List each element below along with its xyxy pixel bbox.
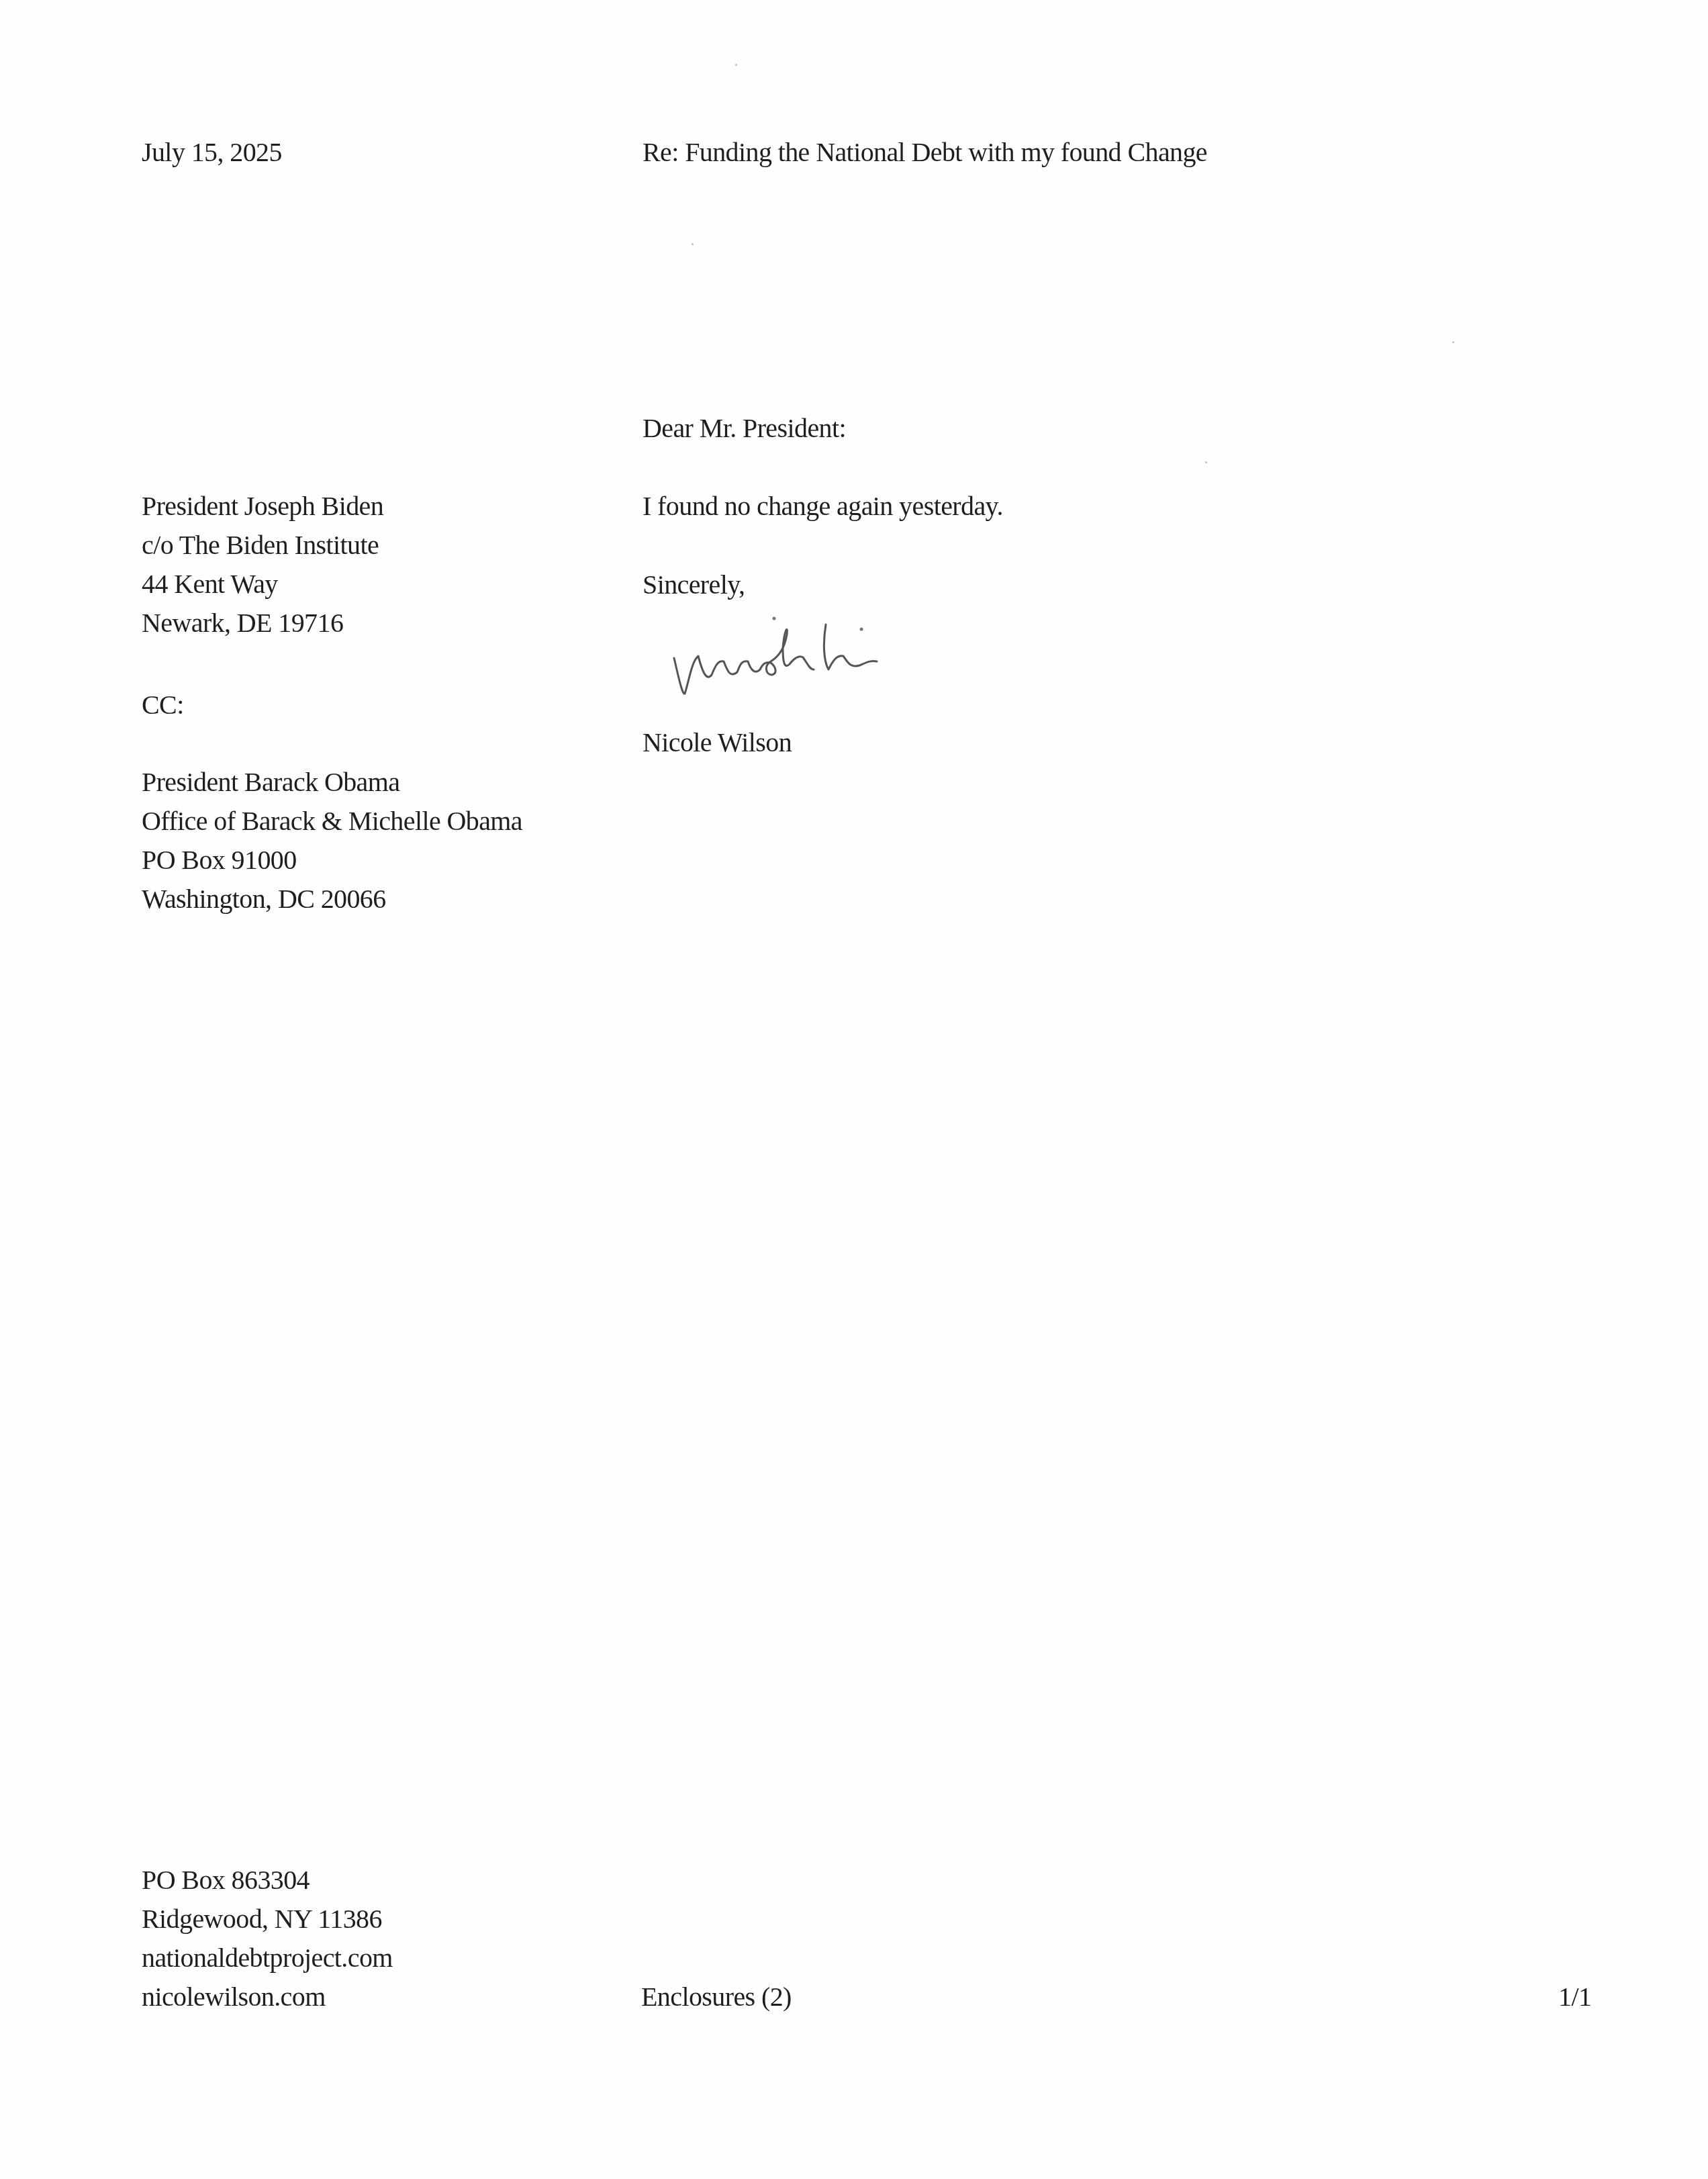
sender-address: PO Box 863304 Ridgewood, NY 11386 nation… xyxy=(142,1861,393,2016)
letter-page: July 15, 2025 Re: Funding the National D… xyxy=(0,0,1708,2179)
cc-line: PO Box 91000 xyxy=(142,841,522,880)
scan-speck xyxy=(1452,341,1454,343)
scan-speck xyxy=(1205,461,1207,463)
recipient-address: President Joseph Biden c/o The Biden Ins… xyxy=(142,487,383,643)
sender-line: Ridgewood, NY 11386 xyxy=(142,1900,393,1939)
letter-subject: Re: Funding the National Debt with my fo… xyxy=(643,133,1207,172)
cc-address: President Barack Obama Office of Barack … xyxy=(142,763,522,919)
cc-line: Washington, DC 20066 xyxy=(142,880,522,919)
letter-date: July 15, 2025 xyxy=(142,133,282,172)
enclosures: Enclosures (2) xyxy=(641,1978,792,2016)
recipient-line: 44 Kent Way xyxy=(142,565,383,604)
cc-label: CC: xyxy=(142,686,184,725)
cc-line: Office of Barack & Michelle Obama xyxy=(142,802,522,841)
recipient-line: c/o The Biden Institute xyxy=(142,526,383,565)
letter-body: I found no change again yesterday. xyxy=(643,487,1003,526)
sender-line: nationaldebtproject.com xyxy=(142,1939,393,1978)
sender-line: PO Box 863304 xyxy=(142,1861,393,1900)
closing: Sincerely, xyxy=(643,565,745,604)
scan-speck xyxy=(735,64,737,66)
scan-speck xyxy=(692,243,694,245)
salutation: Dear Mr. President: xyxy=(643,409,846,448)
recipient-line: President Joseph Biden xyxy=(142,487,383,526)
signer-name: Nicole Wilson xyxy=(643,723,792,762)
signature-icon xyxy=(665,608,980,708)
page-number: 1/1 xyxy=(1558,1978,1591,2016)
cc-line: President Barack Obama xyxy=(142,763,522,802)
recipient-line: Newark, DE 19716 xyxy=(142,604,383,643)
sender-line: nicolewilson.com xyxy=(142,1978,393,2016)
